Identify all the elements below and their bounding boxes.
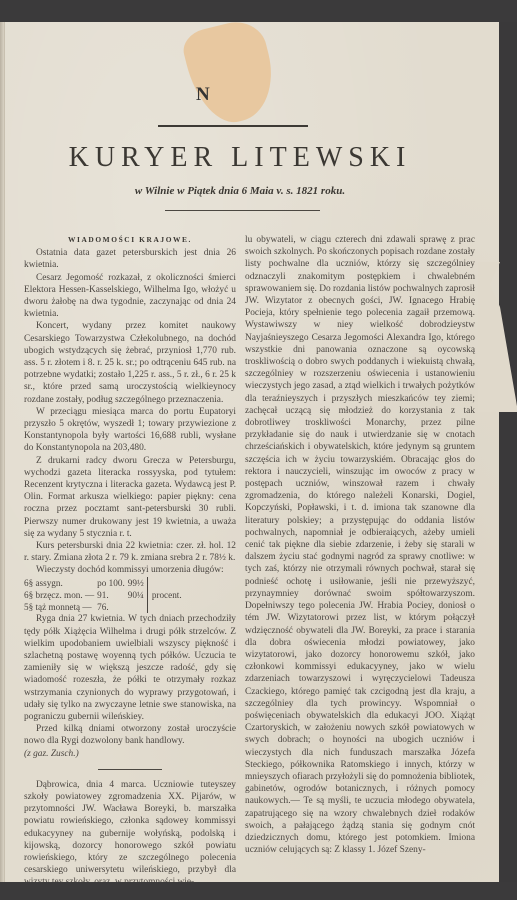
newspaper-page: N KURYER LITEWSKI w Wilnie w Piątek dnia… bbox=[0, 22, 499, 882]
article-paragraph: Ostatnia data gazet petersburskich jest … bbox=[24, 247, 236, 271]
article-paragraph: Przed kilką dniami otworzony został uroc… bbox=[24, 723, 236, 747]
issue-number: N bbox=[196, 84, 210, 106]
table-row: 6§ assygn. po 100. 99½ procent. bbox=[24, 577, 185, 589]
source-note: (z gaz. Zusch.) bbox=[24, 748, 236, 760]
table-cell: 90¼ bbox=[128, 589, 148, 601]
article-paragraph: lu obywateli, w ciągu czterech dni zdawa… bbox=[245, 234, 475, 856]
viewer-top-bar bbox=[0, 0, 517, 22]
table-cell: 91. bbox=[97, 589, 128, 601]
newspaper-title: KURYER LITEWSKI bbox=[40, 142, 440, 174]
paper-stain bbox=[179, 22, 282, 130]
dateline: w Wilnie w Piątek dnia 6 Maia v. s. 1821… bbox=[80, 185, 400, 197]
article-divider bbox=[98, 769, 162, 770]
table-cell: 76. bbox=[97, 601, 128, 613]
table-cell bbox=[128, 601, 148, 613]
interest-table: 6§ assygn. po 100. 99½ procent. 6§ brzęc… bbox=[24, 577, 185, 614]
gutter-line bbox=[4, 22, 5, 882]
article-paragraph: Kurs petersburski dnia 22 kwietnia: czer… bbox=[24, 540, 236, 564]
article-paragraph: Wieczysty dochód kommissyi umorzenia dłu… bbox=[24, 564, 236, 576]
article-paragraph: Dąbrowica, dnia 4 marca. Uczniowie tutey… bbox=[24, 779, 236, 882]
left-column: WIADOMOŚCI KRAJOWE. Ostatnia data gazet … bbox=[24, 234, 236, 882]
masthead-rule-bottom bbox=[165, 210, 320, 211]
article-paragraph: Ryga dnia 27 kwietnia. W tych dniach prz… bbox=[24, 613, 236, 723]
table-cell: 99½ bbox=[128, 577, 148, 589]
table-cell: po 100. bbox=[97, 577, 128, 589]
viewer-right-margin bbox=[499, 22, 517, 882]
table-cell: 5§ tąż monnetą — bbox=[24, 601, 97, 613]
article-paragraph: Z drukarni radcy dworu Grecza w Petersbu… bbox=[24, 455, 236, 540]
masthead-rule-top bbox=[158, 125, 308, 127]
article-paragraph: Cesarz Jegomość rozkazał, z okoliczności… bbox=[24, 272, 236, 321]
table-cell: 6§ brzęcz. mon. — bbox=[24, 589, 97, 601]
article-paragraph: Koncert, wydany przez komitet naukowy Ce… bbox=[24, 320, 236, 405]
interest-brace-label: procent. bbox=[147, 577, 184, 614]
viewer-bottom-bar bbox=[0, 882, 517, 900]
section-heading: WIADOMOŚCI KRAJOWE. bbox=[24, 234, 236, 246]
right-column: lu obywateli, w ciągu czterech dni zdawa… bbox=[245, 234, 475, 856]
table-cell: 6§ assygn. bbox=[24, 577, 97, 589]
article-paragraph: W przeciągu miesiąca marca do portu Eupa… bbox=[24, 406, 236, 455]
